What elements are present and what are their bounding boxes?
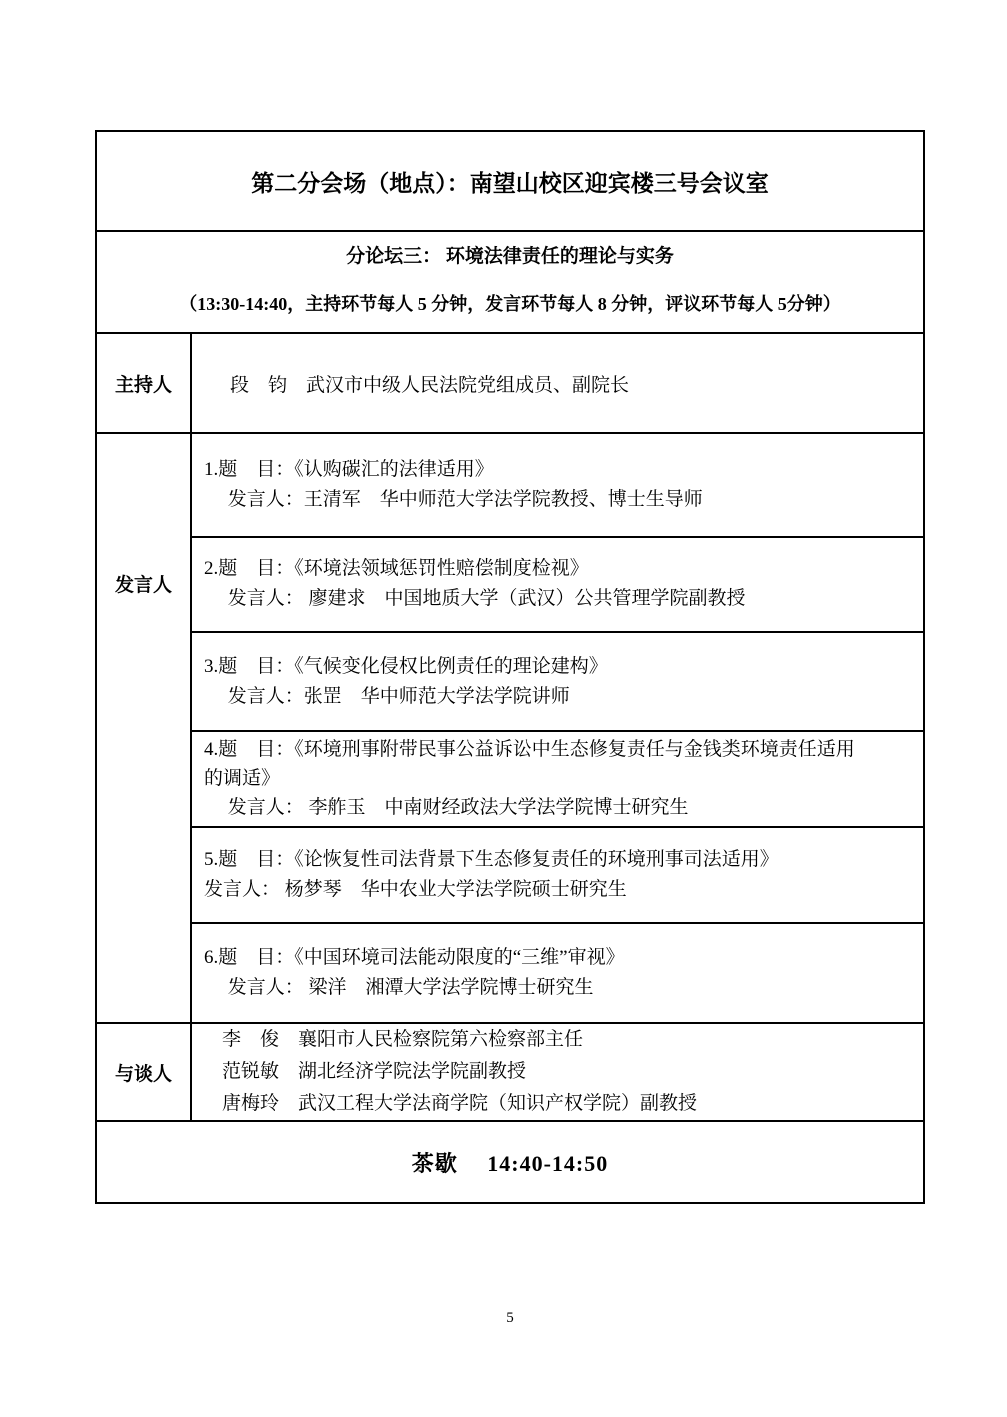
speaker-item-2-speaker: 发言人： 廖建求 中国地质大学（武汉）公共管理学院副教授: [204, 584, 919, 614]
discussant-1: 李 俊 襄阳市人民检察院第六检察部主任: [222, 1024, 919, 1056]
speakers-section: 发言人 1.题 目：《认购碳汇的法律适用》 发言人：王清军 华中师范大学法学院教…: [97, 432, 923, 1022]
speaker-item-1-title: 1.题 目：《认购碳汇的法律适用》: [204, 455, 919, 485]
speaker-item-2: 2.题 目：《环境法领域惩罚性赔偿制度检视》 发言人： 廖建求 中国地质大学（武…: [192, 536, 923, 632]
speaker-item-6-speaker: 发言人： 梁洋 湘潭大学法学院博士研究生: [204, 973, 919, 1003]
discussant-list: 李 俊 襄阳市人民检察院第六检察部主任 范锐敏 湖北经济学院法学院副教授 唐梅玲…: [192, 1024, 923, 1120]
speaker-item-5: 5.题 目：《论恢复性司法背景下生态修复责任的环境刑事司法适用》 发言人： 杨梦…: [192, 826, 923, 923]
tea-break-row: 茶歇 14:40-14:50: [97, 1120, 923, 1202]
speaker-item-2-title: 2.题 目：《环境法领域惩罚性赔偿制度检视》: [204, 554, 919, 584]
speaker-item-6-title: 6.题 目：《中国环境司法能动限度的“三维”审视》: [204, 943, 919, 973]
discussant-3: 唐梅玲 武汉工程大学法商学院（知识产权学院）副教授: [222, 1088, 919, 1120]
speaker-item-4-speaker: 发言人： 李舴玉 中南财经政法大学法学院博士研究生: [204, 793, 919, 822]
speaker-item-3: 3.题 目：《气候变化侵权比例责任的理论建构》 发言人：张罡 华中师范大学法学院…: [192, 631, 923, 730]
speaker-item-3-title: 3.题 目：《气候变化侵权比例责任的理论建构》: [204, 652, 919, 682]
session-schedule-table: 第二分会场（地点）：南望山校区迎宾楼三号会议室 分论坛三： 环境法律责任的理论与…: [95, 130, 925, 1204]
forum-header-row: 分论坛三： 环境法律责任的理论与实务 （13:30-14:40，主持环节每人 5…: [97, 230, 923, 332]
discussant-2: 范锐敏 湖北经济学院法学院副教授: [222, 1056, 919, 1088]
discussants-section: 与谈人 李 俊 襄阳市人民检察院第六检察部主任 范锐敏 湖北经济学院法学院副教授…: [97, 1022, 923, 1120]
speaker-item-1: 1.题 目：《认购碳汇的法律适用》 发言人：王清军 华中师范大学法学院教授、博士…: [192, 434, 923, 536]
speaker-item-4-title-cont: 的调适》: [204, 764, 919, 793]
speaker-item-1-speaker: 发言人：王清军 华中师范大学法学院教授、博士生导师: [204, 485, 919, 515]
forum-name: 分论坛三： 环境法律责任的理论与实务: [346, 241, 674, 268]
page-number: 5: [95, 1310, 925, 1327]
forum-schedule: （13:30-14:40，主持环节每人 5 分钟，发言环节每人 8 分钟，评议环…: [179, 290, 840, 316]
speaker-item-3-speaker: 发言人：张罡 华中师范大学法学院讲师: [204, 682, 919, 712]
speaker-item-5-title: 5.题 目：《论恢复性司法背景下生态修复责任的环境刑事司法适用》: [204, 845, 919, 875]
document-page: 第二分会场（地点）：南望山校区迎宾楼三号会议室 分论坛三： 环境法律责任的理论与…: [0, 0, 1007, 1417]
speaker-item-4: 4.题 目：《环境刑事附带民事公益诉讼中生态修复责任与金钱类环境责任适用 的调适…: [192, 730, 923, 826]
speaker-item-4-title: 4.题 目：《环境刑事附带民事公益诉讼中生态修复责任与金钱类环境责任适用: [204, 735, 919, 764]
discussants-label: 与谈人: [97, 1024, 192, 1120]
host-value: 段 钧 武汉市中级人民法院党组成员、副院长: [192, 334, 923, 432]
speaker-item-5-speaker: 发言人： 杨梦琴 华中农业大学法学院硕士研究生: [204, 875, 919, 905]
session-title: 第二分会场（地点）：南望山校区迎宾楼三号会议室: [97, 132, 923, 230]
speaker-items: 1.题 目：《认购碳汇的法律适用》 发言人：王清军 华中师范大学法学院教授、博士…: [192, 434, 923, 1022]
host-row: 主持人 段 钧 武汉市中级人民法院党组成员、副院长: [97, 332, 923, 432]
host-label: 主持人: [97, 334, 192, 432]
speakers-label: 发言人: [97, 434, 192, 1022]
speaker-item-6: 6.题 目：《中国环境司法能动限度的“三维”审视》 发言人： 梁洋 湘潭大学法学…: [192, 922, 923, 1022]
